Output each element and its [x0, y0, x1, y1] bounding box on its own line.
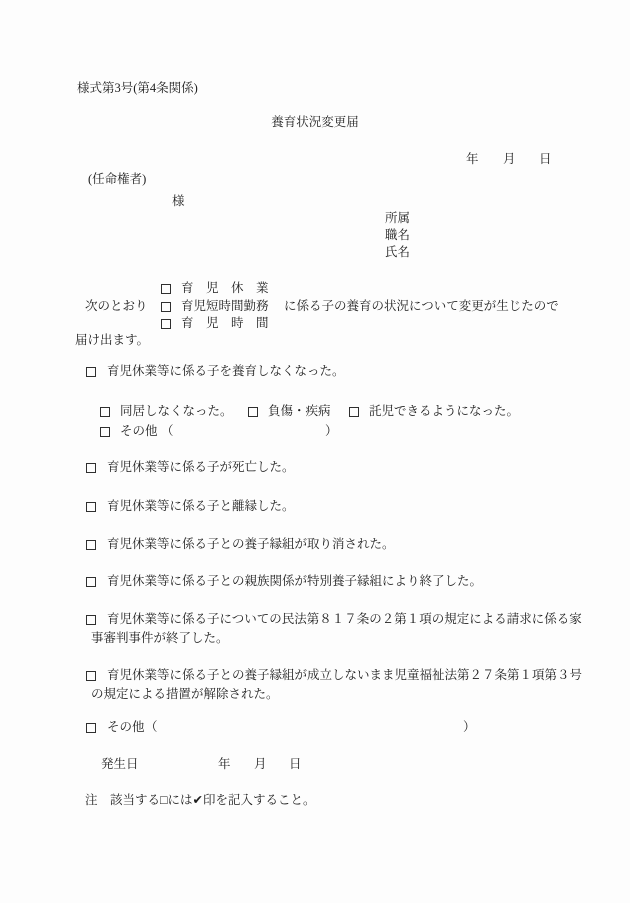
reason-4-label: 育児休業等に係る子との養子縁組が取り消された。 — [107, 538, 395, 551]
header-date-month-label: 月 — [503, 153, 516, 166]
reason-3-checkbox[interactable] — [86, 502, 96, 512]
open-paren: （ — [161, 425, 174, 438]
intro-closing: 届け出ます。 — [75, 334, 149, 347]
reason-1-sub-2-label: 負傷・疾病 — [268, 405, 331, 418]
reason-1-sub-1-label: 同居しなくなった。 — [120, 405, 233, 418]
reason-1-checkbox[interactable] — [86, 367, 96, 377]
reason-2-checkbox[interactable] — [86, 463, 96, 473]
close-paren: ） — [463, 721, 476, 734]
reason-6-label-line2: 事審判事件が終了した。 — [91, 632, 229, 645]
addressee-honorific: 様 — [172, 195, 185, 208]
leave-type-checkbox-childcare-leave[interactable] — [161, 284, 171, 294]
form-page: 様式第3号(第4条関係) 養育状況変更届 年 月 日 (任命権者) 様 所属 職… — [0, 0, 630, 903]
occurrence-year-label: 年 — [218, 758, 231, 771]
leave-type-checkbox-shorter-hours[interactable] — [161, 302, 171, 312]
leave-type-label-childcare-leave: 育 児 休 業 — [181, 282, 269, 295]
reason-4-checkbox[interactable] — [86, 540, 96, 550]
intro-prefix: 次のとおり — [85, 300, 148, 313]
reason-7-checkbox[interactable] — [86, 671, 96, 681]
reason-8-checkbox[interactable] — [86, 723, 96, 733]
submitter-affiliation-label: 所属 — [385, 212, 410, 225]
form-number: 様式第3号(第4条関係) — [77, 82, 198, 95]
leave-type-label-shorter-hours: 育児短時間勤務 — [181, 300, 269, 313]
reason-3-label: 育児休業等に係る子と離縁した。 — [107, 500, 295, 513]
reason-2-label: 育児休業等に係る子が死亡した。 — [107, 461, 295, 474]
reason-1-sub-3-checkbox[interactable] — [349, 407, 359, 417]
close-paren: ） — [325, 425, 338, 438]
reason-1-sub-4-checkbox[interactable] — [100, 427, 110, 437]
reason-8-label: その他 — [107, 721, 145, 734]
reason-6-label-line1: 育児休業等に係る子についての民法第８１７条の２第１項の規定による請求に係る家 — [107, 613, 582, 626]
reason-5-label: 育児休業等に係る子との親族関係が特別養子縁組により終了した。 — [107, 575, 482, 588]
occurrence-date-label: 発生日 — [101, 758, 139, 771]
addressee-label: (任命権者) — [88, 173, 146, 186]
leave-type-checkbox-childcare-time[interactable] — [161, 319, 171, 329]
reason-1-sub-4-label: その他 — [120, 425, 158, 438]
reason-7-label-line2: の規定による措置が解除された。 — [91, 688, 279, 701]
reason-5-checkbox[interactable] — [86, 577, 96, 587]
footnote: 注 該当する□には✔印を記入すること。 — [85, 794, 316, 807]
reason-1-sub-2-checkbox[interactable] — [248, 407, 258, 417]
header-date-day-label: 日 — [539, 153, 552, 166]
open-paren: （ — [145, 721, 158, 734]
form-title: 養育状況変更届 — [0, 116, 630, 129]
intro-suffix: に係る子の養育の状況について変更が生じたので — [284, 300, 559, 313]
header-date-year-label: 年 — [466, 153, 479, 166]
occurrence-month-label: 月 — [254, 758, 267, 771]
reason-1-sub-1-checkbox[interactable] — [100, 407, 110, 417]
reason-7-label-line1: 育児休業等に係る子との養子縁組が成立しないまま児童福祉法第２７条第１項第３号 — [107, 669, 582, 682]
reason-1-sub-3-label: 託児できるようになった。 — [369, 405, 519, 418]
occurrence-day-label: 日 — [289, 758, 302, 771]
leave-type-label-childcare-time: 育 児 時 間 — [181, 317, 269, 330]
submitter-position-label: 職名 — [385, 229, 410, 242]
reason-6-checkbox[interactable] — [86, 615, 96, 625]
reason-1-label: 育児休業等に係る子を養育しなくなった。 — [107, 365, 345, 378]
submitter-name-label: 氏名 — [385, 246, 410, 259]
